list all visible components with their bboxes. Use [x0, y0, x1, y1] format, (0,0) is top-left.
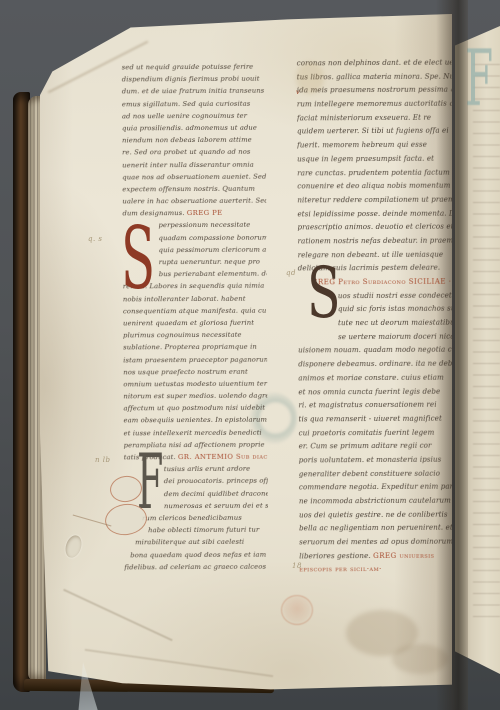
manuscript-text-line: er. Cum se primum aditare regii cor — [299, 440, 454, 454]
body-text: dum. et de uiae fratrum initia transeuns — [122, 87, 265, 96]
manuscript-text-line: quae nos ad obseruationem aueniet. Sed — [122, 171, 266, 184]
manuscript-text-line: animos et moriae constare. cuius etiam — [298, 371, 453, 385]
manuscript-text-line: ne incommoda abstrictionum cautelarum se… — [299, 495, 454, 509]
manuscript-text-line: ualere in hac obseruatione auerterit. Se… — [122, 196, 266, 209]
manuscript-text-line: ri. et magistratus conuersationem rei — [298, 399, 453, 413]
teal-initial-facing-page: F — [465, 48, 493, 110]
body-text: tis qua remanserit - uiueret magnificet — [298, 414, 441, 424]
facing-page-text-lines — [473, 64, 500, 624]
manuscript-text-line: faciat ministeriorum exseuera. Et re — [297, 111, 452, 125]
manuscript-text-line: bona quaedam quod deos nefas et iam — [124, 549, 268, 562]
parchment-crease — [85, 649, 273, 677]
manuscript-text-line: quidem uerterer. Si tibi ut fugiens offa… — [297, 125, 452, 139]
body-text: plurimus cognouimus necessitate — [123, 331, 242, 340]
body-text: commendare negotia. Expeditur enim par — [299, 482, 453, 492]
body-text: et iusse intellexerit mercedis benedicti — [124, 428, 262, 437]
manuscript-text-line: uenerit inter nulla disserantur omnia — [122, 159, 266, 172]
manuscript-text-line: tis qua remanserit - uiueret magnificet — [298, 412, 453, 426]
body-text: dem decimi quidlibet draconem — [164, 489, 268, 498]
body-text: uenerit inter nulla disserantur omnia — [122, 160, 254, 169]
manuscript-page: sed ut nequid grauide potuisse feriredis… — [40, 14, 452, 690]
body-text: rupta ueneruntur. neque pro — [159, 258, 260, 267]
body-text: bus perierabant elementum. de — [159, 270, 267, 279]
body-text: bella ac negligentiam non peruenirent. e… — [299, 523, 453, 533]
body-text: affectum ut quo postmodum nisi uidebit — [123, 404, 265, 413]
body-text: perpessionum necessitate — [158, 221, 250, 229]
manuscript-text-line: liberiores gestione. GREG uniuersis — [299, 549, 454, 563]
body-text: dei prouocatoris. princeps offi — [164, 477, 268, 486]
body-text: ne incommoda abstrictionum cautelarum se… — [299, 496, 454, 506]
body-text: sublatione. Propterea propriamque in — [123, 343, 257, 352]
manuscript-text-line: dispendium dignis fierimus probi uouit — [122, 74, 266, 87]
body-text: uos dei quietis gestire. ne de conlibert… — [299, 509, 448, 519]
body-text: rare cunctas. prudentem potentia factum — [297, 167, 450, 177]
manuscript-text-line: emus sigillatum. Sed quia curiositas — [122, 98, 266, 111]
rubric-text: GREG PE — [187, 209, 223, 217]
manuscript-text-line: dum. et de uiae fratrum initia transeuns — [122, 86, 266, 99]
manuscript-text-line: expectem offensum nostris. Quantum — [122, 183, 266, 196]
body-text: ad nos uelle uenire cognouimus ter — [122, 111, 247, 120]
body-text: cui praetoris comitatis fuerint legem — [299, 427, 435, 437]
manuscript-text-line: mirabiliterque aut sibi caelesti — [124, 537, 268, 550]
manuscript-text-line: omnium uetustas modesto uiuentium ter — [123, 378, 267, 391]
body-text: ualere in hac obseruatione auerterit. Se… — [122, 197, 266, 206]
manuscript-text-line: sed ut nequid grauide potuisse ferire — [122, 62, 266, 75]
manuscript-text-line: affectum ut quo postmodum nisi uidebit — [123, 403, 267, 416]
gutter-shadow — [436, 0, 468, 710]
body-text: usque in legem praesumpsit facta. et — [297, 154, 434, 164]
body-text: quadam compassione bonorum — [159, 233, 267, 242]
manuscript-text-line: disponere debeamus. ordinare. ita ne deb… — [298, 358, 453, 372]
marginal-gloss: q. s — [88, 236, 103, 243]
manuscript-photo: sed ut nequid grauide potuisse feriredis… — [0, 0, 500, 710]
brown-initial-S: S — [307, 266, 341, 321]
body-text: quia prosiliendis. admonemus ut adue — [122, 124, 257, 133]
manuscript-text-line: episcopis per sicil·am· — [299, 563, 454, 577]
manuscript-text-line: niteretur reddere compilationem ut praem… — [297, 193, 452, 207]
parchment-hole — [63, 533, 84, 560]
body-text: disponere debeamus. ordinare. ita ne deb… — [298, 359, 453, 369]
manuscript-text-line: rum intellegere memoremus auctoritatis q… — [297, 98, 452, 112]
manuscript-text-line: re. Sed ora probet ut quando ad nos — [122, 147, 266, 160]
manuscript-text-line: nos usque praefecto nostrum erant — [123, 366, 267, 379]
manuscript-text-line: generaliter debent constituere solacio — [299, 467, 454, 481]
manuscript-text-line: uisionem nouam. quadam modo negotia cun — [298, 344, 453, 358]
body-text: bona quaedam quod deos nefas et iam — [130, 550, 266, 559]
rubric-text: GR. ANTEMIO Sub diaco — [178, 453, 268, 461]
manuscript-text-line: uos dei quietis gestire. ne de conlibert… — [299, 508, 454, 522]
manuscript-text-line: conuenire et deo aliqua nobis momentum — [297, 180, 452, 194]
body-text: et nos omnia cuncta fuerint legis debe — [298, 386, 440, 396]
body-text: rum intellegere memoremus auctoritatis q… — [297, 99, 452, 109]
manuscript-text-line: seruorum dei mentes ad opus dominorum — [299, 536, 454, 550]
manuscript-text-line: habe oblecti timorum futuri tur — [124, 525, 268, 538]
manuscript-text-line: usque in legem praesumpsit facta. et — [297, 152, 452, 166]
grey-initial-F: F — [137, 452, 163, 513]
manuscript-text-line: fuerit. memorem hebreum qui esse — [297, 139, 452, 153]
manuscript-text-line: commendare negotia. Expeditur enim par — [299, 481, 454, 495]
manuscript-text-line: sublatione. Propterea propriamque in — [123, 342, 267, 355]
parchment-stain — [296, 62, 324, 94]
body-text: generaliter debent constituere solacio — [299, 468, 440, 478]
body-text: animos et moriae constare. cuius etiam — [298, 372, 444, 382]
body-text: fidelibus. ad celeriam ac graeco calceos… — [124, 562, 268, 571]
body-text: rationem nostris nefas debeatur. in prae… — [298, 235, 453, 245]
marginal-gloss: n lb — [95, 457, 110, 464]
body-text: praescriptio animos. deuotio et clericos… — [297, 222, 452, 232]
body-text: nitorum est super medios. uolendo dagres — [123, 392, 267, 401]
manuscript-text-line: ad nos uelle uenire cognouimus ter — [122, 110, 266, 123]
body-text: eam obsequiis uenientes. In epistolarum — [123, 416, 267, 425]
manuscript-text-line: praescriptio animos. deuotio et clericos… — [297, 221, 452, 235]
body-text: quia pessimorum clericorum animi — [159, 245, 267, 254]
marginal-gloss: 18 — [292, 563, 302, 570]
body-text: expectem offensum nostris. Quantum — [122, 185, 255, 194]
manuscript-text-line: istam praesentem praeceptor paganorum — [123, 354, 267, 367]
manuscript-text-line: bella ac negligentiam non peruenirent. e… — [299, 522, 454, 536]
body-text: numerosas et seruum dei et ser — [164, 501, 268, 510]
body-text: habe oblecti timorum futuri tur — [148, 526, 259, 535]
manuscript-text-line: fidelibus. ad celeriam ac graeco calceos… — [124, 561, 268, 574]
body-text: niteretur reddere compilationem ut praem… — [297, 194, 452, 204]
red-initial-S: S — [121, 226, 155, 293]
library-stamp — [281, 595, 313, 625]
body-text: er. Cum se primum aditare regii cor — [299, 441, 432, 451]
body-text: uisionem nouam. quadam modo negotia cun — [298, 345, 453, 355]
body-text: quae nos ad obseruationem aueniet. Sed — [122, 172, 266, 181]
body-text: mirabiliterque aut sibi caelesti — [135, 538, 244, 547]
manuscript-text-line: uenirent quaedam et gloriosa fuerint — [123, 318, 267, 331]
body-text: fuerit. memorem hebreum qui esse — [297, 140, 427, 150]
body-text: sed ut nequid grauide potuisse ferire — [122, 63, 254, 72]
body-text: faciat ministeriorum exseuera. Et re — [297, 112, 431, 122]
manuscript-text-line: poris uoluntatem. et monasteria ipsius — [299, 454, 454, 468]
manuscript-text-line: rare cunctas. prudentem potentia factum — [297, 166, 452, 180]
manuscript-text-line: cui praetoris comitatis fuerint legem — [299, 426, 454, 440]
rubric-text: episcopis per sicil·am· — [299, 564, 382, 573]
manuscript-text-line: nitorum est super medios. uolendo dagres — [123, 391, 267, 404]
marginal-gloss: qd — [286, 270, 296, 277]
manuscript-text-line: plurimus cognouimus necessitate — [123, 330, 267, 343]
body-text: dispendium dignis fierimus probi uouit — [122, 75, 260, 84]
manuscript-text-line: etsi lepidissime posse. deinde momenta. … — [297, 207, 452, 221]
manuscript-text-line: rationem nostris nefas debeatur. in prae… — [298, 235, 453, 249]
manuscript-text-line: eam obsequiis uenientes. In epistolarum — [123, 415, 267, 428]
body-text: quidem uerterer. Si tibi ut fugiens offa… — [297, 126, 449, 136]
parchment-crease — [63, 589, 172, 641]
body-text: ri. et magistratus conuersationem rei — [298, 400, 436, 410]
manuscript-text-line: quia prosiliendis. admonemus ut adue — [122, 123, 266, 136]
body-text: seruorum dei mentes ad opus dominorum — [299, 537, 453, 547]
body-text: tusius arlis erunt ardore — [164, 465, 251, 473]
body-text: uenirent quaedam et gloriosa fuerint — [123, 319, 254, 328]
body-text: emus sigillatum. Sed quia curiositas — [122, 99, 251, 108]
body-text: liberiores gestione. — [299, 551, 373, 560]
marginal-gloss: v — [296, 90, 300, 96]
body-text: poris uoluntatem. et monasteria ipsius — [299, 455, 442, 465]
rubric-text: GREG uniuersis — [373, 550, 434, 559]
manuscript-text-line: niendum non debeas laborem attime — [122, 135, 266, 148]
body-text: omnium uetustas modesto uiuentium ter — [123, 379, 267, 388]
body-text: re. Sed ora probet ut quando ad nos — [122, 148, 250, 157]
body-text: niendum non debeas laborem attime — [122, 136, 252, 145]
body-text: istam praesentem praeceptor paganorum — [123, 355, 267, 364]
manuscript-text-line: et nos omnia cuncta fuerint legis debe — [298, 385, 453, 399]
body-text: nos usque praefecto nostrum erant — [123, 367, 248, 376]
body-text: etsi lepidissime posse. deinde momenta. … — [297, 208, 452, 218]
body-text: conuenire et deo aliqua nobis momentum — [297, 181, 450, 191]
